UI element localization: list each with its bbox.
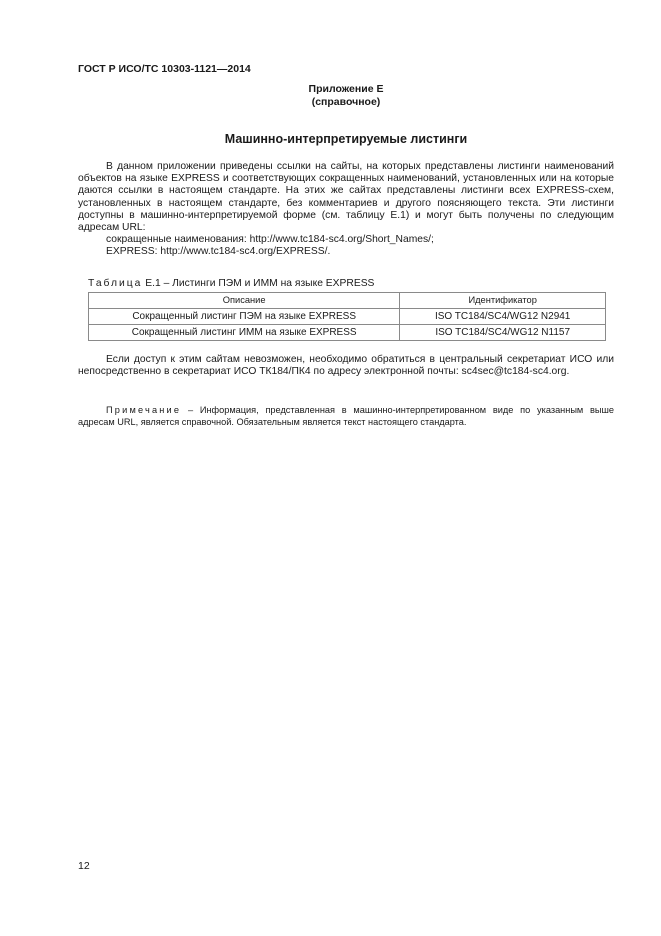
table-caption-label: Таблица (88, 278, 142, 289)
url-short-names: сокращенные наименования: http://www.tc1… (106, 234, 434, 246)
page-number: 12 (78, 860, 90, 872)
table-header-row: Описание Идентификатор (89, 293, 606, 309)
contact-paragraph-text: Если доступ к этим сайтам невозможен, не… (78, 354, 614, 377)
table-row: Сокращенный листинг ИММ на языке EXPRESS… (89, 325, 606, 341)
url-express: EXPRESS: http://www.tc184-sc4.org/EXPRES… (106, 246, 330, 258)
cell-description: Сокращенный листинг ИММ на языке EXPRESS (89, 325, 400, 341)
table-caption-text: E.1 – Листинги ПЭМ и ИММ на языке EXPRES… (145, 278, 374, 289)
annex-subtitle: (справочное) (0, 96, 661, 109)
table-caption: Таблица E.1 – Листинги ПЭМ и ИММ на язык… (88, 278, 374, 289)
document-page: ГОСТ Р ИСО/ТС 10303-1121—2014 Приложение… (0, 0, 661, 936)
annex-title: Приложение E (0, 83, 661, 96)
note-label: Примечание (106, 405, 181, 415)
cell-identifier: ISO TC184/SC4/WG12 N2941 (400, 309, 606, 325)
contact-paragraph: Если доступ к этим сайтам невозможен, не… (78, 354, 614, 378)
annex-heading: Приложение E (справочное) (0, 83, 661, 109)
document-id: ГОСТ Р ИСО/ТС 10303-1121—2014 (78, 63, 251, 75)
intro-paragraph: В данном приложении приведены ссылки на … (78, 161, 614, 234)
cell-description: Сокращенный листинг ПЭМ на языке EXPRESS (89, 309, 400, 325)
column-header-identifier: Идентификатор (400, 293, 606, 309)
table-row: Сокращенный листинг ПЭМ на языке EXPRESS… (89, 309, 606, 325)
column-header-description: Описание (89, 293, 400, 309)
note: Примечание – Информация, представленная … (78, 404, 614, 428)
section-title: Машинно-интерпретируемые листинги (0, 132, 661, 146)
listings-table: Описание Идентификатор Сокращенный листи… (88, 292, 606, 341)
intro-paragraph-text: В данном приложении приведены ссылки на … (78, 161, 614, 233)
cell-identifier: ISO TC184/SC4/WG12 N1157 (400, 325, 606, 341)
